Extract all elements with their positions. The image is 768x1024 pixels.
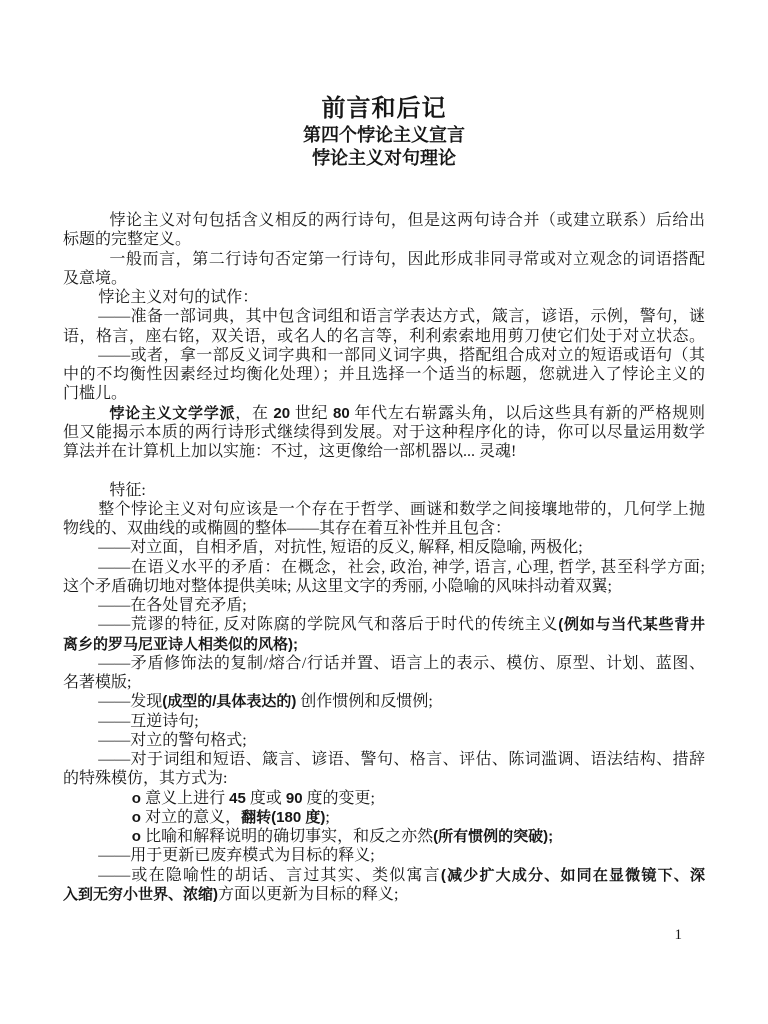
text-line: ——发现(成型的/具体表达的) 创作惯例和反惯例;	[63, 692, 705, 711]
document-subtitle-1: 第四个悖论主义宣言	[63, 124, 705, 147]
bold-text-segment: 入到无穷小世界、浓缩)	[63, 886, 218, 903]
bold-text-segment: 悖论主义文学学派	[109, 405, 235, 422]
bold-text-segment: 离乡的罗马尼亚诗人相类似的风格);	[63, 636, 298, 653]
text-line: 的特殊模仿，其方式为:	[63, 769, 705, 788]
text-segment: ——发现	[98, 693, 162, 710]
text-segment: ——对立面，自相矛盾，对抗性, 短语的反义, 解释, 相反隐喻, 两极化;	[98, 539, 582, 556]
text-segment: ——对于词组和短语、箴言、谚语、警句、格言、评估、陈词滥调、语法结构、措辞	[98, 751, 705, 768]
text-segment: 这个矛盾确切地对整体提供美味; 从这里文字的秀丽, 小隐喻的风味抖动着双翼;	[63, 578, 612, 595]
text-line: 物线的、双曲线的或椭圆的整体——其存在着互补性并且包含：	[63, 519, 705, 538]
bold-text-segment: 45	[229, 790, 246, 807]
text-segment: ——对立的警句格式;	[98, 732, 246, 749]
text-segment: 创作惯例和反惯例;	[296, 693, 432, 710]
text-line: 离乡的罗马尼亚诗人相类似的风格);	[63, 635, 705, 654]
text-line: 入到无穷小世界、浓缩)方面以更新为目标的释义;	[63, 885, 705, 904]
text-segment: 名著模版;	[63, 674, 131, 691]
text-line: ——准备一部词典，其中包含词组和语言学表达方式，箴言，谚语，示例，警句，谜	[63, 307, 705, 326]
text-segment: 的特殊模仿，其方式为:	[63, 770, 227, 787]
bold-text-segment: o	[132, 790, 145, 807]
text-segment: 门槛儿。	[63, 385, 127, 402]
text-line: ——用于更新已废弃模式为目标的释义;	[63, 846, 705, 865]
text-line: 特征:	[63, 481, 705, 500]
text-line: o 对立的意义，翻转(180 度);	[63, 808, 705, 827]
text-line: ——对于词组和短语、箴言、谚语、警句、格言、评估、陈词滥调、语法结构、措辞	[63, 750, 705, 769]
text-line: ——对立的警句格式;	[63, 731, 705, 750]
text-line: ——互逆诗句;	[63, 712, 705, 731]
text-line: ——或在隐喻性的胡话、言过其实、类似寓言(减少扩大成分、如同在显微镜下、深	[63, 866, 705, 885]
text-segment: ——在语义水平的矛盾：在概念，社会, 政治, 神学, 语言, 心理, 哲学, 甚…	[98, 559, 705, 576]
bold-text-segment: 90	[286, 790, 303, 807]
text-segment: 标题的完整定义。	[63, 231, 191, 248]
bold-text-segment: (成型的/具体表达的)	[162, 693, 296, 710]
text-segment: ——用于更新已废弃模式为目标的释义;	[98, 847, 374, 864]
text-segment: 但又能揭示本质的两行诗形式继续得到发展。对于这种程序化的诗，你可以尽量运用数学	[63, 424, 705, 441]
text-line: 门槛儿。	[63, 384, 705, 403]
text-line: 及意境。	[63, 269, 705, 288]
page-number: 1	[675, 926, 683, 945]
text-line: 悖论主义文学学派，在 20 世纪 80 年代左右崭露头角，以后这些具有新的严格规…	[63, 404, 705, 423]
document-header: 前言和后记 第四个悖论主义宣言 悖论主义对句理论	[63, 94, 705, 170]
text-segment: ;	[325, 809, 329, 826]
bold-text-segment: 80	[333, 405, 350, 422]
text-line: 一般而言，第二行诗句否定第一行诗句，因此形成非同寻常或对立观念的词语搭配	[63, 250, 705, 269]
text-segment: 悖论主义对句包括含义相反的两行诗句，但是这两句诗合并（或建立联系）后给出	[109, 212, 705, 229]
text-segment: 算法并在计算机上加以实施：不过，这更像给一部机器以... 灵魂!	[63, 443, 516, 460]
bold-text-segment: (所有惯例的突破);	[433, 828, 553, 845]
document-title: 前言和后记	[63, 94, 705, 124]
text-segment: ——荒谬的特征, 反对陈腐的学院风气和落后于时代的传统主义	[98, 616, 558, 633]
text-segment: 方面以更新为目标的释义;	[218, 886, 398, 903]
bold-text-segment: o	[132, 809, 145, 826]
text-segment: ——互逆诗句;	[98, 713, 198, 730]
text-segment: ——或在隐喻性的胡话、言过其实、类似寓言	[98, 867, 441, 884]
text-segment: 对立的意义，	[145, 809, 241, 826]
text-segment: ——或者，拿一部反义词字典和一部同义词字典，搭配组合成对立的短语或语句（其	[98, 347, 705, 364]
blank-line	[63, 461, 705, 480]
text-segment: 特征:	[109, 482, 145, 499]
text-line: 语，格言，座右铭，双关语，或名人的名言等，利利索索地用剪刀使它们处于对立状态。	[63, 327, 705, 346]
text-line: ——矛盾修饰法的复制/熔合/行话并置、语言上的表示、模仿、原型、计划、蓝图、	[63, 654, 705, 673]
text-line: o 意义上进行 45 度或 90 度的变更;	[63, 789, 705, 808]
text-line: 名著模版;	[63, 673, 705, 692]
text-segment: 年代左右崭露头角，以后这些具有新的严格规则	[350, 405, 705, 422]
text-segment: 物线的、双曲线的或椭圆的整体——其存在着互补性并且包含：	[63, 520, 511, 537]
document-page: 前言和后记 第四个悖论主义宣言 悖论主义对句理论 悖论主义对句包括含义相反的两行…	[0, 0, 768, 1024]
bold-text-segment: (例如与当代某些背井	[558, 616, 705, 633]
text-segment: ——矛盾修饰法的复制/熔合/行话并置、语言上的表示、模仿、原型、计划、蓝图、	[98, 655, 705, 672]
text-segment: 一般而言，第二行诗句否定第一行诗句，因此形成非同寻常或对立观念的词语搭配	[109, 251, 705, 268]
text-line: 标题的完整定义。	[63, 230, 705, 249]
text-segment: 及意境。	[63, 270, 127, 287]
text-line: 悖论主义对句包括含义相反的两行诗句，但是这两句诗合并（或建立联系）后给出	[63, 211, 705, 230]
text-line: ——在各处冒充矛盾;	[63, 596, 705, 615]
bold-text-segment: 翻转(180 度)	[241, 809, 325, 826]
document-body: 悖论主义对句包括含义相反的两行诗句，但是这两句诗合并（或建立联系）后给出标题的完…	[63, 211, 705, 904]
bold-text-segment: (减少扩大成分、如同在显微镜下、深	[441, 867, 705, 884]
text-line: o 比喻和解释说明的确切事实，和反之亦然(所有惯例的突破);	[63, 827, 705, 846]
text-segment: ——在各处冒充矛盾;	[98, 597, 246, 614]
text-line: 这个矛盾确切地对整体提供美味; 从这里文字的秀丽, 小隐喻的风味抖动着双翼;	[63, 577, 705, 596]
text-line: ——荒谬的特征, 反对陈腐的学院风气和落后于时代的传统主义(例如与当代某些背井	[63, 615, 705, 634]
text-line: 但又能揭示本质的两行诗形式继续得到发展。对于这种程序化的诗，你可以尽量运用数学	[63, 423, 705, 442]
text-line: 中的不均衡性因素经过均衡化处理）；并且选择一个适当的标题，您就进入了悖论主义的	[63, 365, 705, 384]
text-line: ——在语义水平的矛盾：在概念，社会, 政治, 神学, 语言, 心理, 哲学, 甚…	[63, 558, 705, 577]
text-segment: 意义上进行	[145, 790, 229, 807]
text-segment: ——准备一部词典，其中包含词组和语言学表达方式，箴言，谚语，示例，警句，谜	[98, 308, 705, 325]
text-segment: 整个悖论主义对句应该是一个存在于哲学、画谜和数学之间接壤地带的，几何学上抛	[98, 501, 705, 518]
text-segment: 中的不均衡性因素经过均衡化处理）；并且选择一个适当的标题，您就进入了悖论主义的	[63, 366, 705, 383]
text-line: ——对立面，自相矛盾，对抗性, 短语的反义, 解释, 相反隐喻, 两极化;	[63, 538, 705, 557]
text-segment: 语，格言，座右铭，双关语，或名人的名言等，利利索索地用剪刀使它们处于对立状态。	[63, 328, 705, 345]
text-segment: ，在	[235, 405, 273, 422]
text-line: 悖论主义对句的试作：	[63, 288, 705, 307]
text-segment: 世纪	[290, 405, 333, 422]
document-subtitle-2: 悖论主义对句理论	[63, 147, 705, 170]
bold-text-segment: 20	[273, 405, 290, 422]
text-segment: 度或	[246, 790, 286, 807]
text-segment: 比喻和解释说明的确切事实，和反之亦然	[145, 828, 433, 845]
text-line: 整个悖论主义对句应该是一个存在于哲学、画谜和数学之间接壤地带的，几何学上抛	[63, 500, 705, 519]
bold-text-segment: o	[132, 828, 145, 845]
text-line: 算法并在计算机上加以实施：不过，这更像给一部机器以... 灵魂!	[63, 442, 705, 461]
text-line: ——或者，拿一部反义词字典和一部同义词字典，搭配组合成对立的短语或语句（其	[63, 346, 705, 365]
text-segment: 悖论主义对句的试作：	[98, 289, 258, 306]
text-segment: 度的变更;	[303, 790, 375, 807]
